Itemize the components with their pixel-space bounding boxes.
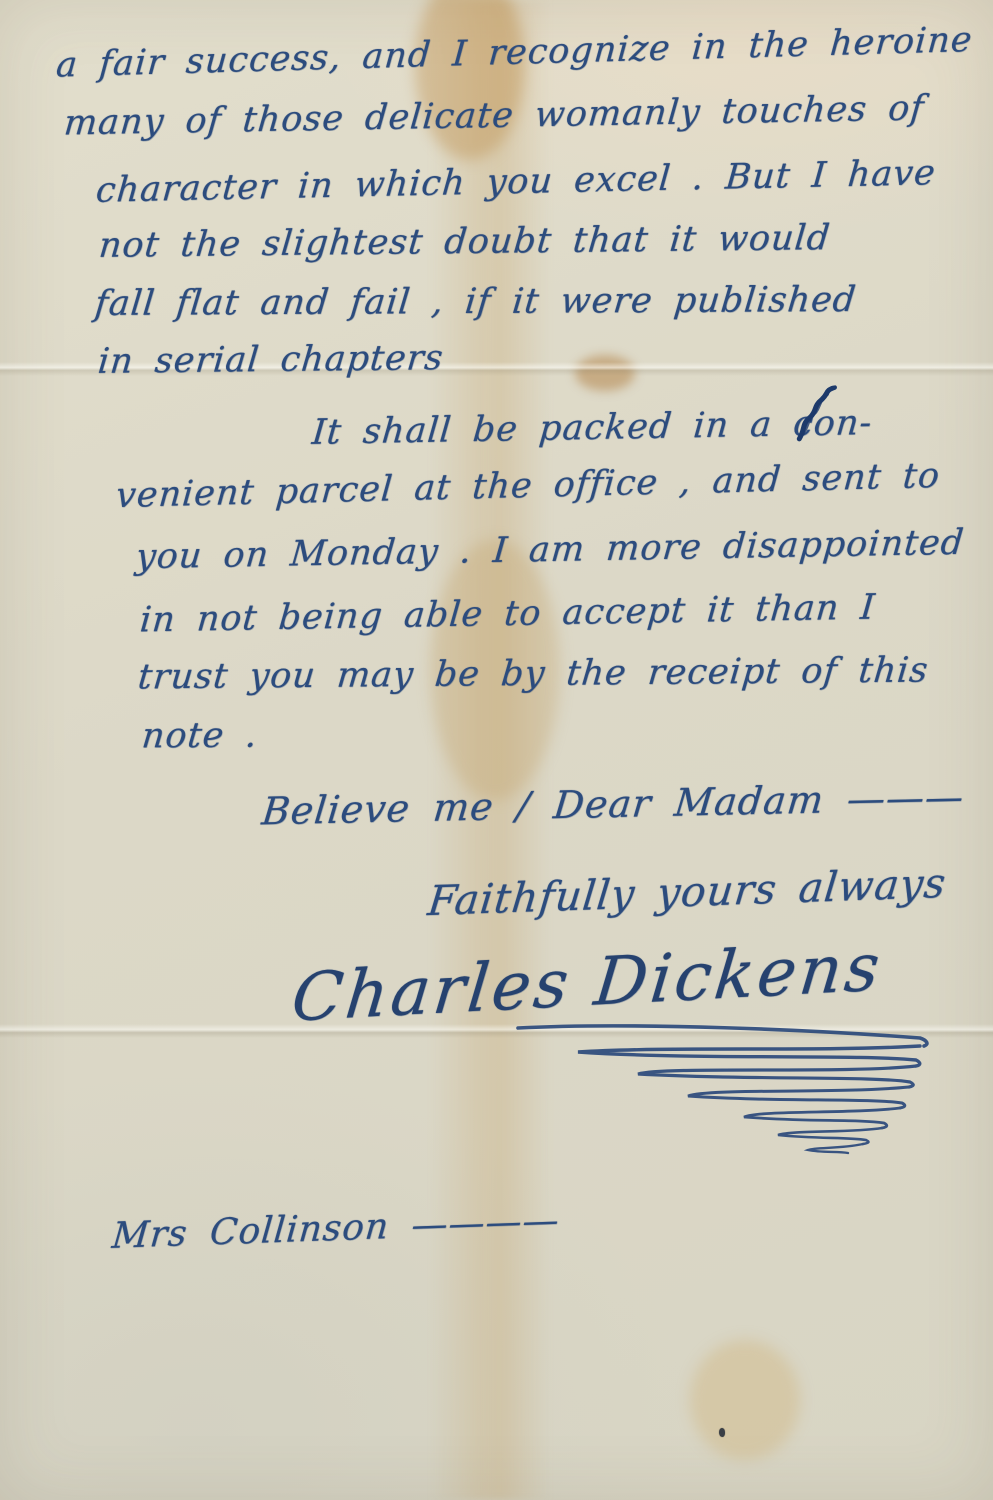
letter-line: in not being able to accept it than I [138, 588, 877, 641]
letter-photo: a fair success, and I recognize in the h… [0, 0, 993, 1500]
letter-line: you on Monday . I am more disappointed [134, 523, 966, 578]
signature: Charles Dickens [288, 928, 886, 1036]
letter-line: many of those delicate womanly touches o… [62, 88, 926, 143]
letter-line: note . [140, 716, 260, 757]
scribbled-insertion [787, 384, 850, 443]
signature-flourish [516, 1022, 946, 1157]
ink-speck [719, 1428, 725, 1437]
stain-blob-bottom-right [690, 1340, 800, 1460]
letter-line: trust you may be by the receipt of this [136, 651, 930, 698]
letter-line: fall flat and fail , if it were publishe… [93, 280, 858, 324]
letter-line: not the slightest doubt that it would [97, 218, 832, 266]
letter-line: in serial chapters [96, 338, 445, 382]
valediction-line: Believe me / Dear Madam ——— [260, 775, 967, 834]
